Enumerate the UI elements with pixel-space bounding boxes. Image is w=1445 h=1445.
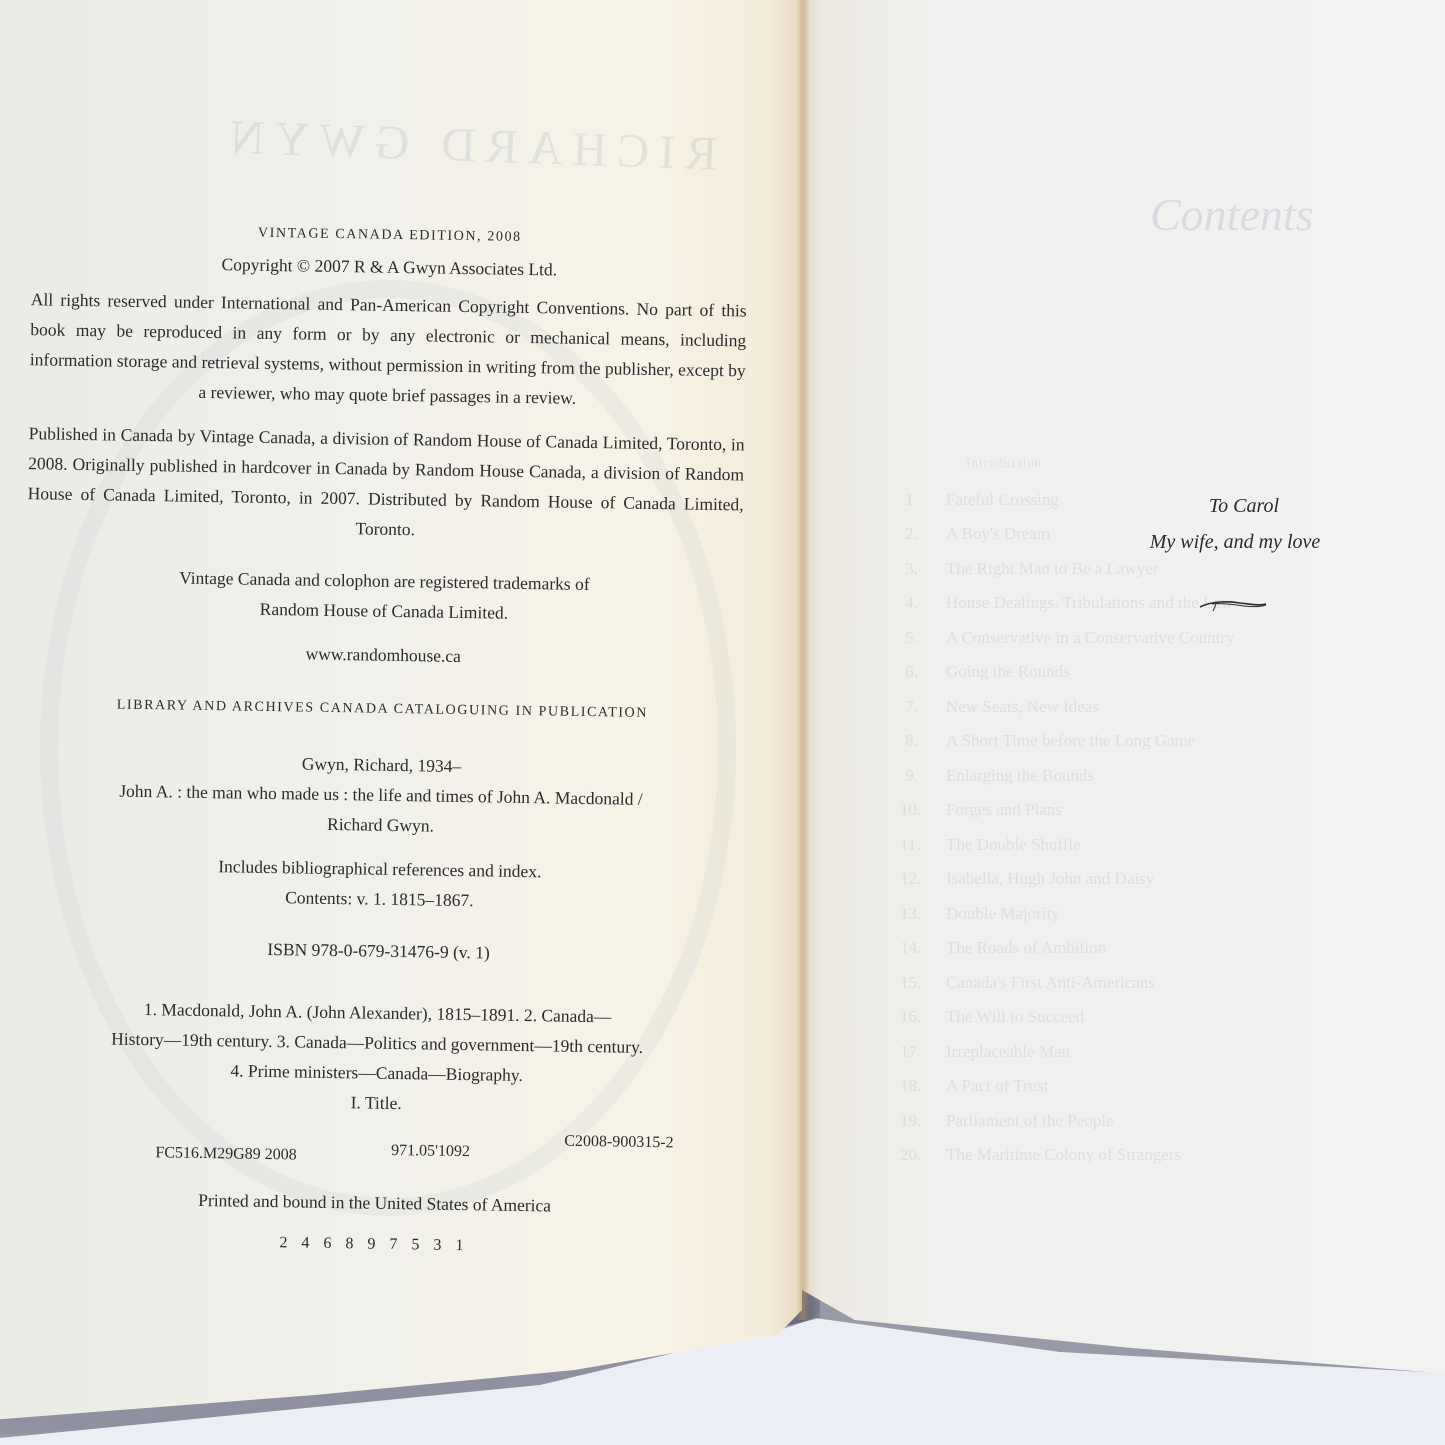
- toc-title: New Seats, New Ideas: [946, 697, 1099, 732]
- show-through-toc-row: 13.Double Majority: [900, 904, 1440, 939]
- show-through-toc-row: 12.Isabella, Hugh John and Daisy: [900, 869, 1440, 904]
- toc-title: Isabella, Hugh John and Daisy: [946, 869, 1154, 904]
- toc-title: Fateful Crossing: [946, 490, 1059, 525]
- copyright-text-block: VINTAGE CANADA EDITION, 2008 Copyright ©…: [4, 222, 760, 1259]
- lc-class-number: FC516.M29G89 2008: [155, 1144, 297, 1164]
- flourish-ornament-icon: [1198, 598, 1268, 614]
- toc-number: 12.: [900, 869, 918, 904]
- show-through-toc-row: 15.Canada's First Anti-Americans: [900, 973, 1440, 1008]
- show-through-toc-row: 9.Enlarging the Bounds: [900, 766, 1440, 801]
- toc-number: [900, 455, 918, 490]
- toc-number: 3.: [900, 559, 918, 594]
- toc-title: Parliament of the People: [946, 1111, 1114, 1146]
- toc-title: The Roads of Ambition: [946, 938, 1106, 973]
- toc-number: 4.: [900, 593, 918, 628]
- toc-number: 14.: [900, 938, 918, 973]
- show-through-toc-row: 3.The Right Man to Be a Lawyer: [900, 559, 1440, 594]
- toc-title: The Maritime Colony of Strangers: [946, 1145, 1181, 1180]
- show-through-toc-row: 7.New Seats, New Ideas: [900, 697, 1440, 732]
- show-through-toc-row: 10.Forges and Plans: [900, 800, 1440, 835]
- toc-number: 1.: [900, 490, 918, 525]
- show-through-toc-row: 14.The Roads of Ambition: [900, 938, 1440, 973]
- show-through-toc-row: 20.The Maritime Colony of Strangers: [900, 1145, 1440, 1180]
- rights-paragraph: All rights reserved under International …: [17, 284, 759, 416]
- show-through-toc: Introduction1.Fateful Crossing2.A Boy's …: [900, 455, 1440, 1180]
- show-through-toc-row: 17.Irreplaceable Man: [900, 1042, 1440, 1077]
- show-through-toc-row: 8.A Short Time before the Long Game: [900, 731, 1440, 766]
- website-link: www.randomhouse.ca: [13, 634, 753, 676]
- toc-number: 11.: [900, 835, 918, 870]
- toc-title: Irreplaceable Man: [946, 1042, 1070, 1077]
- toc-title: A Pact of Trust: [946, 1076, 1049, 1111]
- toc-number: 17.: [900, 1042, 918, 1077]
- toc-number: 16.: [900, 1007, 918, 1042]
- toc-title: House Dealings, Tribulations and the Law: [946, 593, 1233, 628]
- toc-title: A Conservative in a Conservative Country: [946, 628, 1234, 663]
- show-through-toc-row: 6.Going the Rounds: [900, 662, 1440, 697]
- show-through-toc-row: 11.The Double Shuffle: [900, 835, 1440, 870]
- show-through-toc-row: Introduction: [900, 455, 1440, 490]
- toc-title: Enlarging the Bounds: [946, 766, 1094, 801]
- toc-title: The Will to Succeed: [946, 1007, 1084, 1042]
- toc-number: 2.: [900, 524, 918, 559]
- toc-number: 15.: [900, 973, 918, 1008]
- book-gutter: [796, 0, 810, 1320]
- toc-number: 5.: [900, 628, 918, 663]
- toc-title: Going the Rounds: [946, 662, 1070, 697]
- show-through-toc-row: 4.House Dealings, Tribulations and the L…: [900, 593, 1440, 628]
- classification-row: FC516.M29G89 2008 971.05'1092 C2008-9003…: [5, 1142, 745, 1172]
- toc-title: Canada's First Anti-Americans: [946, 973, 1155, 1008]
- toc-number: 8.: [900, 731, 918, 766]
- dewey-number: 971.05'1092: [391, 1142, 470, 1167]
- toc-title: A Short Time before the Long Game: [946, 731, 1195, 766]
- toc-title: Double Majority: [946, 904, 1060, 939]
- toc-number: 9.: [900, 766, 918, 801]
- cip-heading: LIBRARY AND ARCHIVES CANADA CATALOGUING …: [12, 696, 752, 724]
- toc-number: 6.: [900, 662, 918, 697]
- dedication: To Carol My wife, and my love: [1110, 488, 1360, 560]
- toc-number: 13.: [900, 904, 918, 939]
- copyright-line: Copyright © 2007 R & A Gwyn Associates L…: [19, 246, 759, 288]
- show-through-toc-row: 5.A Conservative in a Conservative Count…: [900, 628, 1440, 663]
- printed-line: Printed and bound in the United States o…: [4, 1182, 744, 1224]
- toc-title: The Right Man to Be a Lawyer: [946, 559, 1158, 594]
- toc-title: The Double Shuffle: [946, 835, 1081, 870]
- toc-title: Introduction: [946, 455, 1042, 490]
- toc-title: Forges and Plans: [946, 800, 1062, 835]
- publisher-paragraph: Published in Canada by Vintage Canada, a…: [15, 418, 757, 550]
- dedication-line-1: To Carol: [1110, 488, 1360, 524]
- toc-number: 18.: [900, 1076, 918, 1111]
- photo-scene: RICHARD GWYN VINTAGE CANADA EDITION, 200…: [0, 0, 1445, 1445]
- show-through-toc-row: 18.A Pact of Trust: [900, 1076, 1440, 1111]
- toc-number: 20.: [900, 1145, 918, 1180]
- toc-number: 19.: [900, 1111, 918, 1146]
- show-through-toc-row: 16.The Will to Succeed: [900, 1007, 1440, 1042]
- toc-number: 10.: [900, 800, 918, 835]
- control-number: C2008-900315-2: [564, 1133, 674, 1171]
- cip-isbn: ISBN 978-0-679-31476-9 (v. 1): [8, 930, 748, 972]
- dedication-line-2: My wife, and my love: [1110, 524, 1360, 560]
- show-through-toc-row: 19.Parliament of the People: [900, 1111, 1440, 1146]
- toc-title: A Boy's Dream: [946, 524, 1050, 559]
- toc-number: 7.: [900, 697, 918, 732]
